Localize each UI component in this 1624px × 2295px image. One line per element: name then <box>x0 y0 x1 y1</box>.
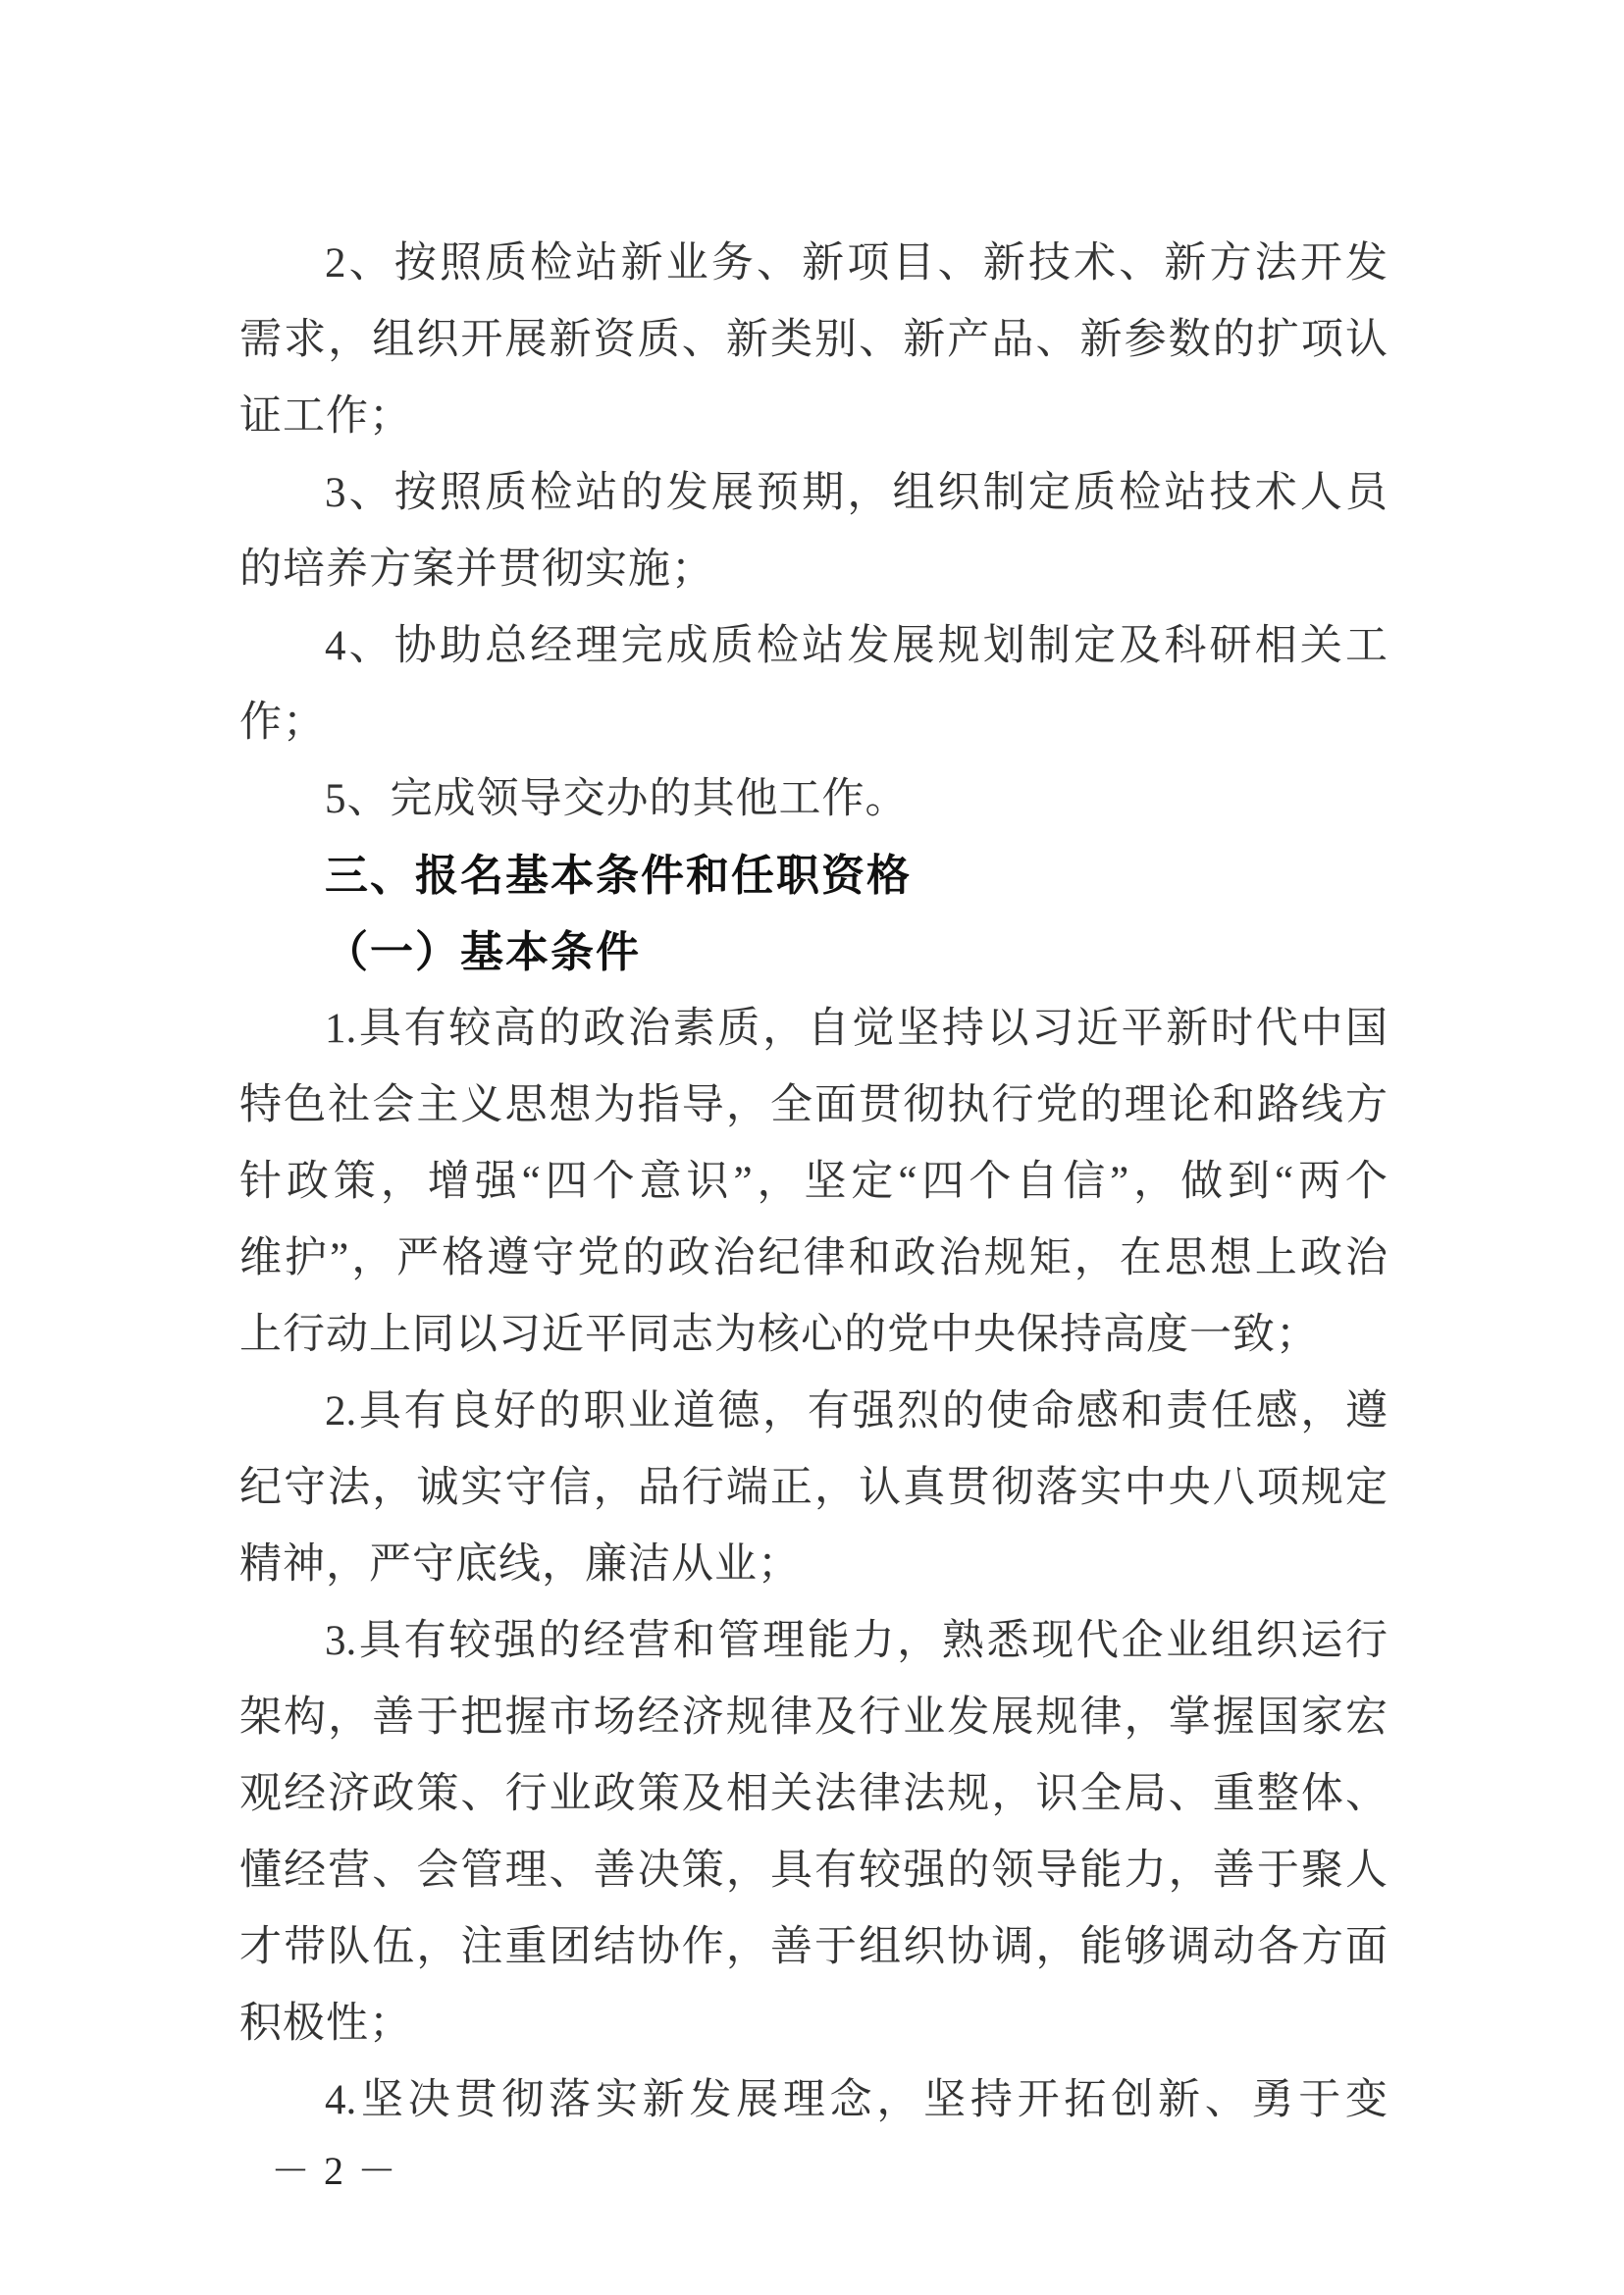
text-line: 3.具有较强的经营和管理能力，熟悉现代企业组织运行 <box>239 1603 1388 1680</box>
text-line: 纪守法，诚实守信，品行端正，认真贯彻落实中央八项规定 <box>239 1450 1388 1527</box>
text-line: 证工作； <box>239 379 1388 455</box>
text-line: 4、协助总经理完成质检站发展规划制定及科研相关工 <box>239 608 1388 685</box>
text-line: 2.具有良好的职业道德，有强烈的使命感和责任感，遵 <box>239 1374 1388 1450</box>
document-page: 2、按照质检站新业务、新项目、新技术、新方法开发需求，组织开展新资质、新类别、新… <box>0 0 1624 2295</box>
text-line: 精神，严守底线，廉洁从业； <box>239 1527 1388 1603</box>
text-line: 维护”，严格遵守党的政治纪律和政治规矩，在思想上政治 <box>239 1221 1388 1297</box>
text-line: 1.具有较高的政治素质，自觉坚持以习近平新时代中国 <box>239 991 1388 1068</box>
document-body: 2、按照质检站新业务、新项目、新技术、新方法开发需求，组织开展新资质、新类别、新… <box>239 226 1388 2139</box>
text-line: 3、按照质检站的发展预期，组织制定质检站技术人员 <box>239 455 1388 532</box>
text-line: 架构，善于把握市场经济规律及行业发展规律，掌握国家宏 <box>239 1680 1388 1756</box>
heading-line: （一）基本条件 <box>239 914 1388 991</box>
text-line: 懂经营、会管理、善决策，具有较强的领导能力，善于聚人 <box>239 1833 1388 1909</box>
text-line: 4.坚决贯彻落实新发展理念，坚持开拓创新、勇于变 <box>239 2062 1388 2139</box>
text-line: 需求，组织开展新资质、新类别、新产品、新参数的扩项认 <box>239 302 1388 379</box>
text-line: 才带队伍，注重团结协作，善于组织协调，能够调动各方面 <box>239 1909 1388 1986</box>
heading-line: 三、报名基本条件和任职资格 <box>239 838 1388 914</box>
text-line: 特色社会主义思想为指导，全面贯彻执行党的理论和路线方 <box>239 1068 1388 1144</box>
scanned-document: { "page": { "background": "#ffffff", "bo… <box>0 0 1624 2295</box>
text-line: 5、完成领导交办的其他工作。 <box>239 761 1388 838</box>
text-line: 观经济政策、行业政策及相关法律法规，识全局、重整体、 <box>239 1756 1388 1833</box>
text-line: 作； <box>239 685 1388 761</box>
text-line: 针政策，增强“四个意识”，坚定“四个自信”，做到“两个 <box>239 1144 1388 1221</box>
page-number: － 2 － <box>271 2145 398 2198</box>
text-line: 的培养方案并贯彻实施； <box>239 532 1388 608</box>
text-line: 2、按照质检站新业务、新项目、新技术、新方法开发 <box>239 226 1388 302</box>
text-line: 积极性； <box>239 1986 1388 2062</box>
text-line: 上行动上同以习近平同志为核心的党中央保持高度一致； <box>239 1297 1388 1374</box>
